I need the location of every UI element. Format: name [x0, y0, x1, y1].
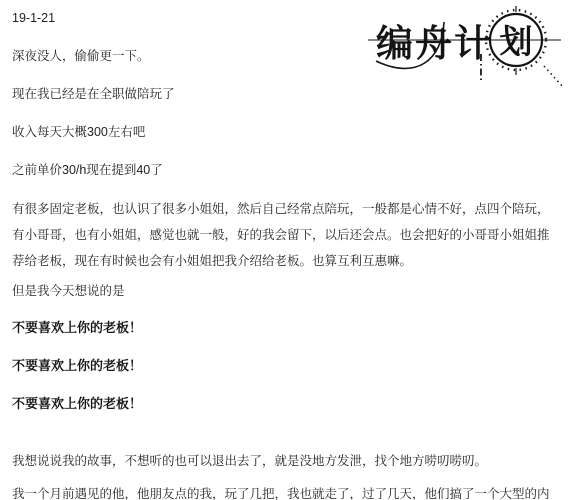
paragraph-story-intro: 我想说说我的故事，不想听的也可以退出去了，就是没地方发泄，找个地方唠叨唠叨。 — [12, 453, 560, 469]
post-page: 编 舟 计 划 19-1-21 深夜没人，偷偷更一下。 现在我已经是在全职做陪玩… — [0, 0, 570, 500]
warning-line-3: 不要喜欢上你的老板！ — [12, 396, 560, 412]
paragraph-bosses-line-2: 有小哥哥，也有小姐姐，感觉也就一般，好的我会留下，以后还会点。也会把好的小哥哥小… — [12, 222, 560, 248]
paragraph-rate: 之前单价30/h现在提到40了 — [12, 162, 560, 178]
warning-line-2: 不要喜欢上你的老板！ — [12, 358, 560, 374]
paragraph-income: 收入每天大概300左右吧 — [12, 124, 560, 140]
warning-line-1: 不要喜欢上你的老板！ — [12, 320, 560, 336]
post-date: 19-1-21 — [12, 10, 560, 26]
paragraph-intro: 深夜没人，偷偷更一下。 — [12, 48, 560, 64]
paragraph-bosses-line-1: 有很多固定老板，也认识了很多小姐姐，然后自己经常点陪玩，一般都是心情不好，点四个… — [12, 196, 560, 222]
paragraph-bosses-line-3: 荐给老板，现在有时候也会有小姐姐把我介绍给老板。也算互利互惠嘛。 — [12, 248, 560, 274]
paragraph-story-clipped: 我一个月前遇见的他，他朋友点的我，玩了几把，我也就走了，过了几天，他们搞了一个大… — [12, 486, 560, 500]
paragraph-job-status: 现在我已经是在全职做陪玩了 — [12, 86, 560, 102]
post-body: 19-1-21 深夜没人，偷偷更一下。 现在我已经是在全职做陪玩了 收入每天大概… — [0, 0, 570, 500]
paragraph-lead-in: 但是我今天想说的是 — [12, 283, 560, 299]
paragraph-bosses: 有很多固定老板，也认识了很多小姐姐，然后自己经常点陪玩，一般都是心情不好，点四个… — [12, 196, 560, 274]
